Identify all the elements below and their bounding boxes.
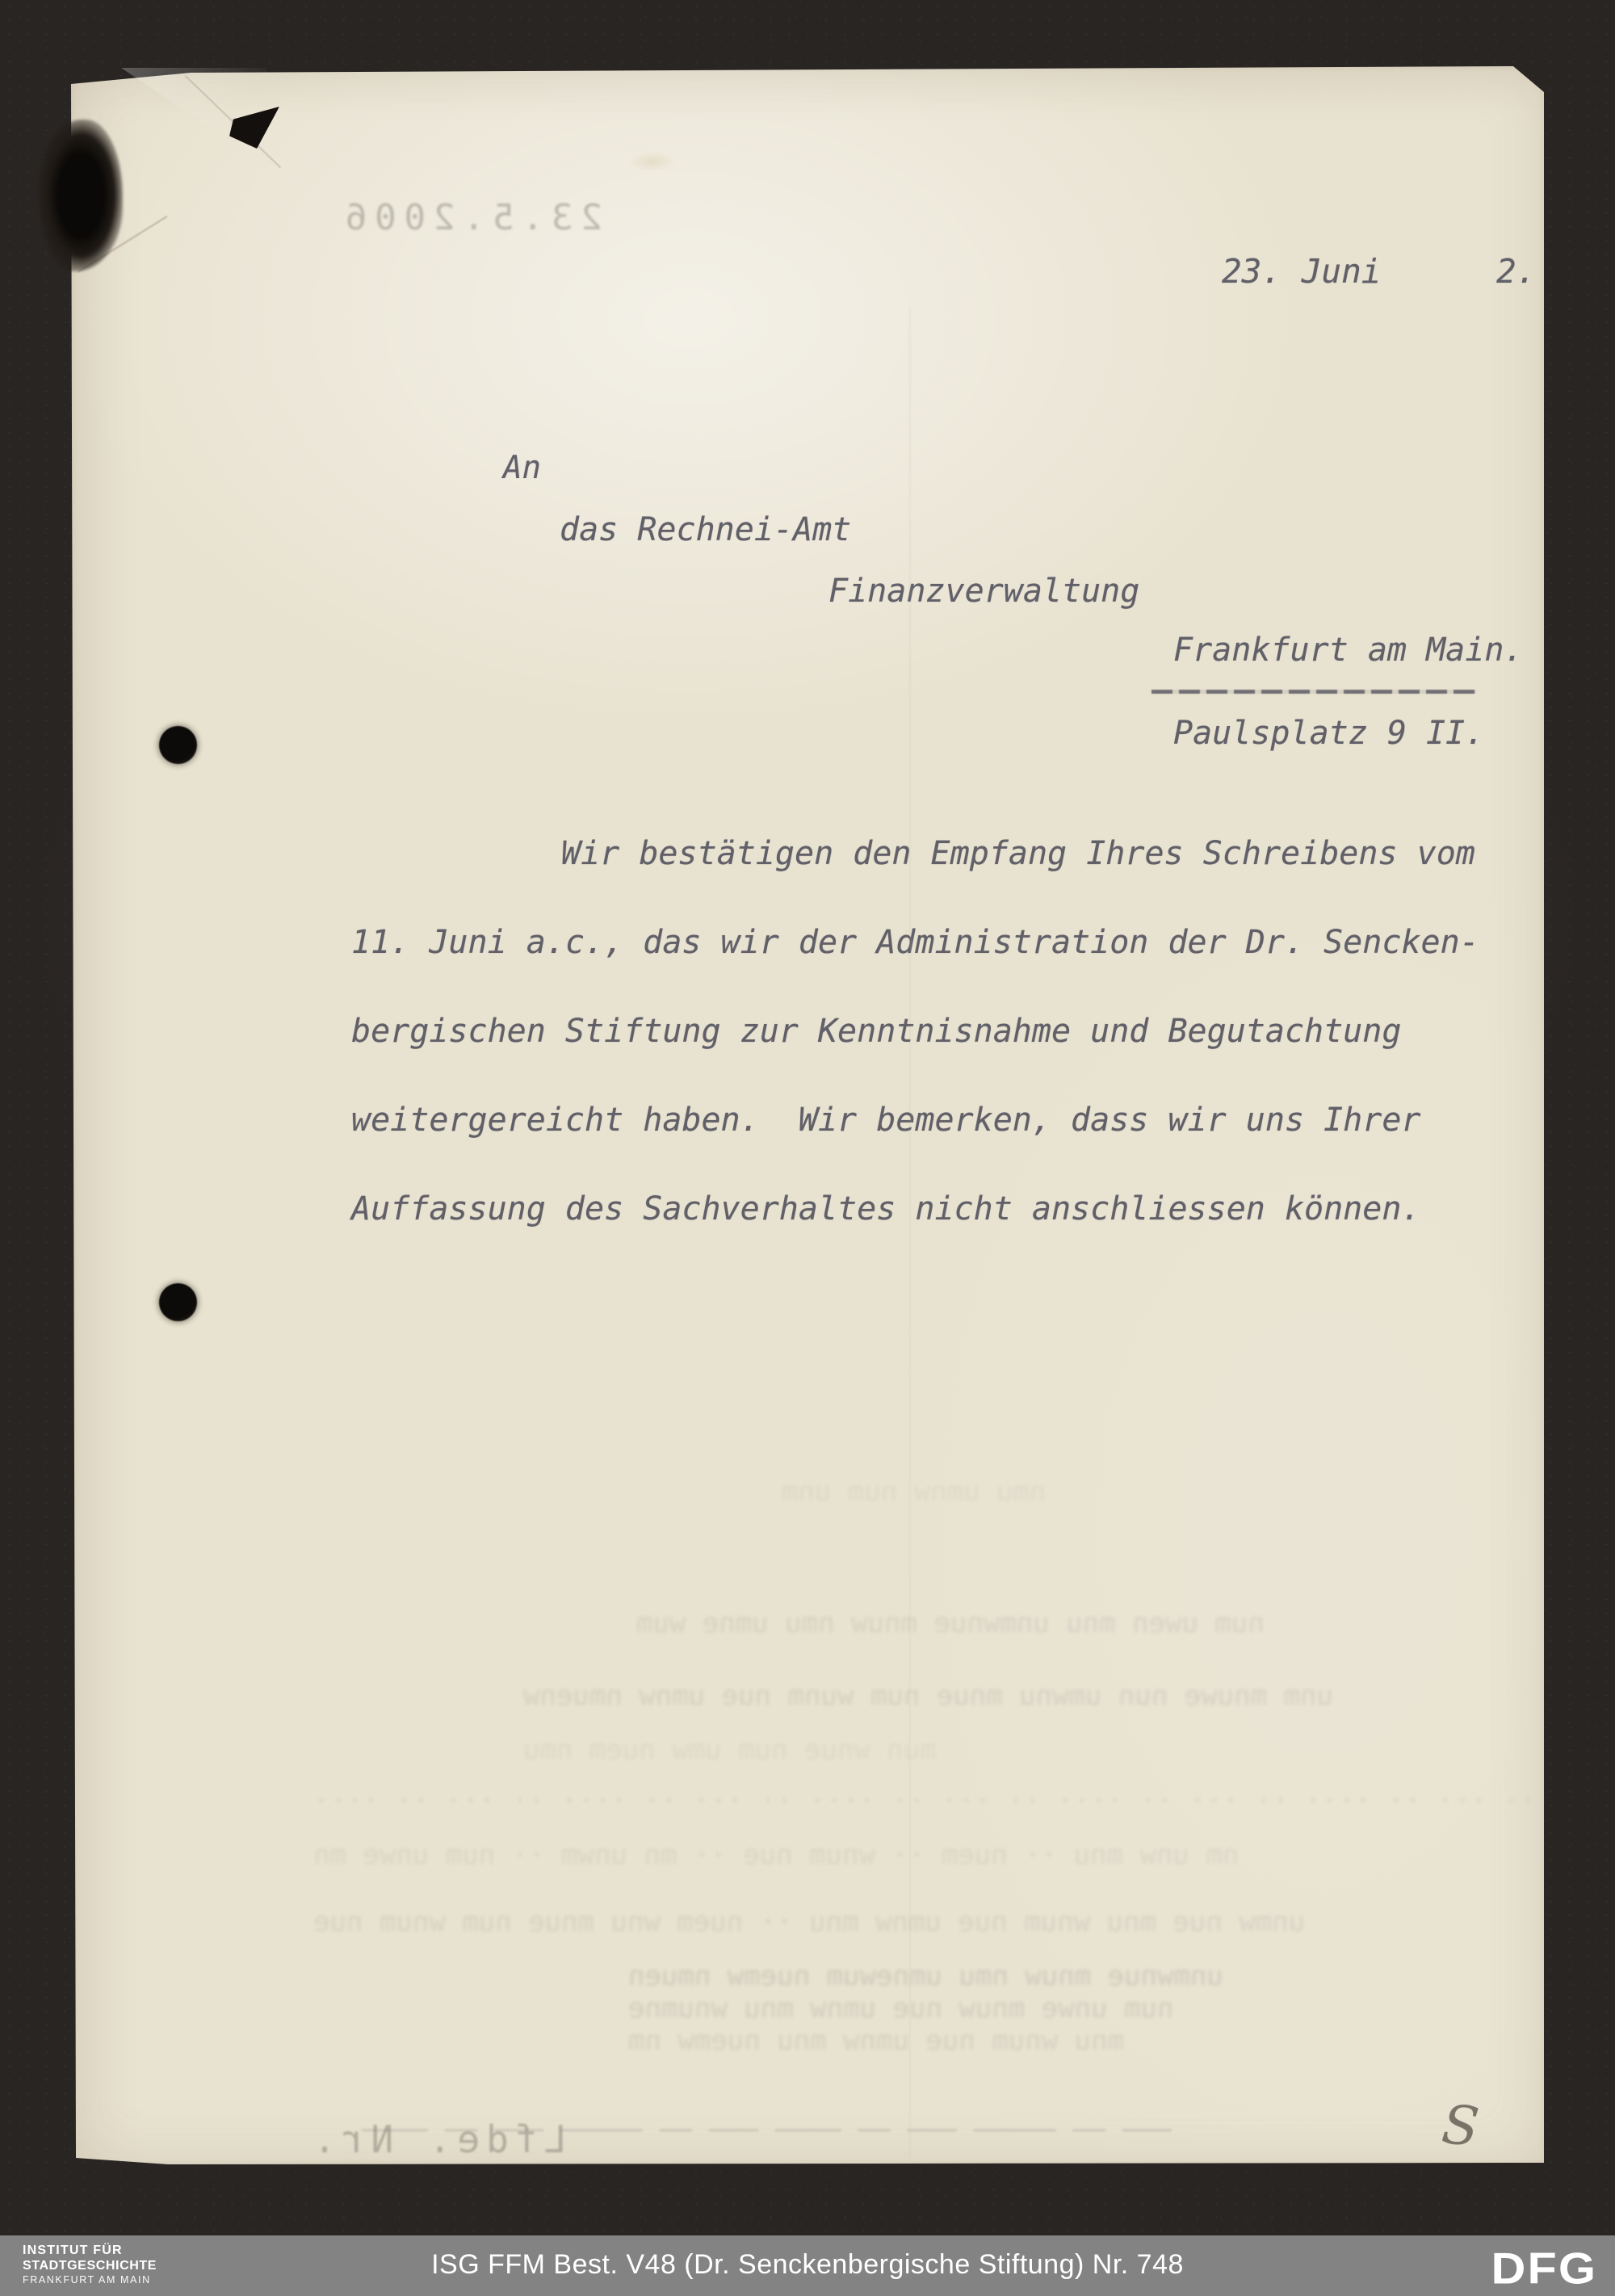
bleedthrough-line: num uwen mnu unmwnue mnuw nmu umne wum [636,1607,1265,1639]
torn-corner-hole [39,120,123,271]
paper-stain [628,151,677,172]
bleedthrough-line: mnu wnum nue umnw mnu nuemw nm [628,2025,1124,2057]
body-line: Auffassung des Sachverhaltes nicht ansch… [351,1193,1421,1225]
recipient-salutation: An [503,452,541,484]
bleedthrough-line: nmu umnw num unm [782,1475,1047,1508]
archive-footer-bar: INSTITUT FÜR STADTGESCHICHTE FRANKFURT A… [0,2235,1615,2296]
vertical-fold-crease [909,309,912,2158]
rust-speck [215,2224,223,2231]
recipient-city: Frankfurt am Main. [1173,634,1523,666]
mirrored-date-stamp: 23.5.2006 [255,197,602,238]
dfg-logo: DFG [1491,2243,1597,2294]
bleedthrough-line: ·· ··· ·· ···· ·· ··· ·· ···· ·· ··· ·· … [313,1785,1537,1817]
scanned-letter-page: 23.5.2006 23. Juni 2. An das Rechnei-Amt… [71,66,1544,2164]
body-line: weitergereicht haben. Wir bemerken, dass… [351,1104,1421,1136]
rust-speck [665,2214,671,2219]
recipient-department: Finanzverwaltung [828,575,1139,607]
letter-date: 23. Juni [1222,255,1381,288]
paper-stain [588,2190,701,2231]
bleedthrough-line: nm unw mnu ·· nuem ·· wnum nue ·· mn unw… [313,1839,1239,1871]
bleedthrough-line: mun wnue num umw nuem nmu [523,1734,937,1766]
mirrored-pencil-note: Lfde. Nr. [307,2118,566,2161]
paper-stain [273,2158,434,2206]
recipient-office: das Rechnei-Amt [560,514,851,546]
bleedthrough-line: unmw nue mnu wnum nue umnw mnu ·· nuem w… [313,1906,1305,1938]
recipient-street: Paulsplatz 9 II. [1173,717,1484,749]
bleedthrough-line: unm mnuwe nun umwnu mnue num wunm nue um… [523,1680,1333,1712]
bleedthrough-line: num unwe mnuw nue umnw mnu wnumne [628,1992,1174,2025]
bleedthrough-line: unmwnue mnuw nmu umnewum nuemw nmuen [628,1960,1223,1992]
punch-hole [159,726,197,764]
handwritten-archivist-mark: S [1439,2093,1482,2159]
page-number: 2. [1496,255,1536,288]
archive-reference-label: ISG FFM Best. V48 (Dr. Senckenbergische … [0,2249,1615,2281]
typewritten-underline [1151,690,1476,694]
archive-scan-viewport: 23.5.2006 23. Juni 2. An das Rechnei-Amt… [0,0,1615,2296]
body-line: 11. Juni a.c., das wir der Administratio… [351,926,1479,959]
punch-hole [159,1283,197,1321]
body-line: bergischen Stiftung zur Kenntnisnahme un… [351,1015,1401,1047]
body-line: Wir bestätigen den Empfang Ihres Schreib… [561,837,1475,870]
